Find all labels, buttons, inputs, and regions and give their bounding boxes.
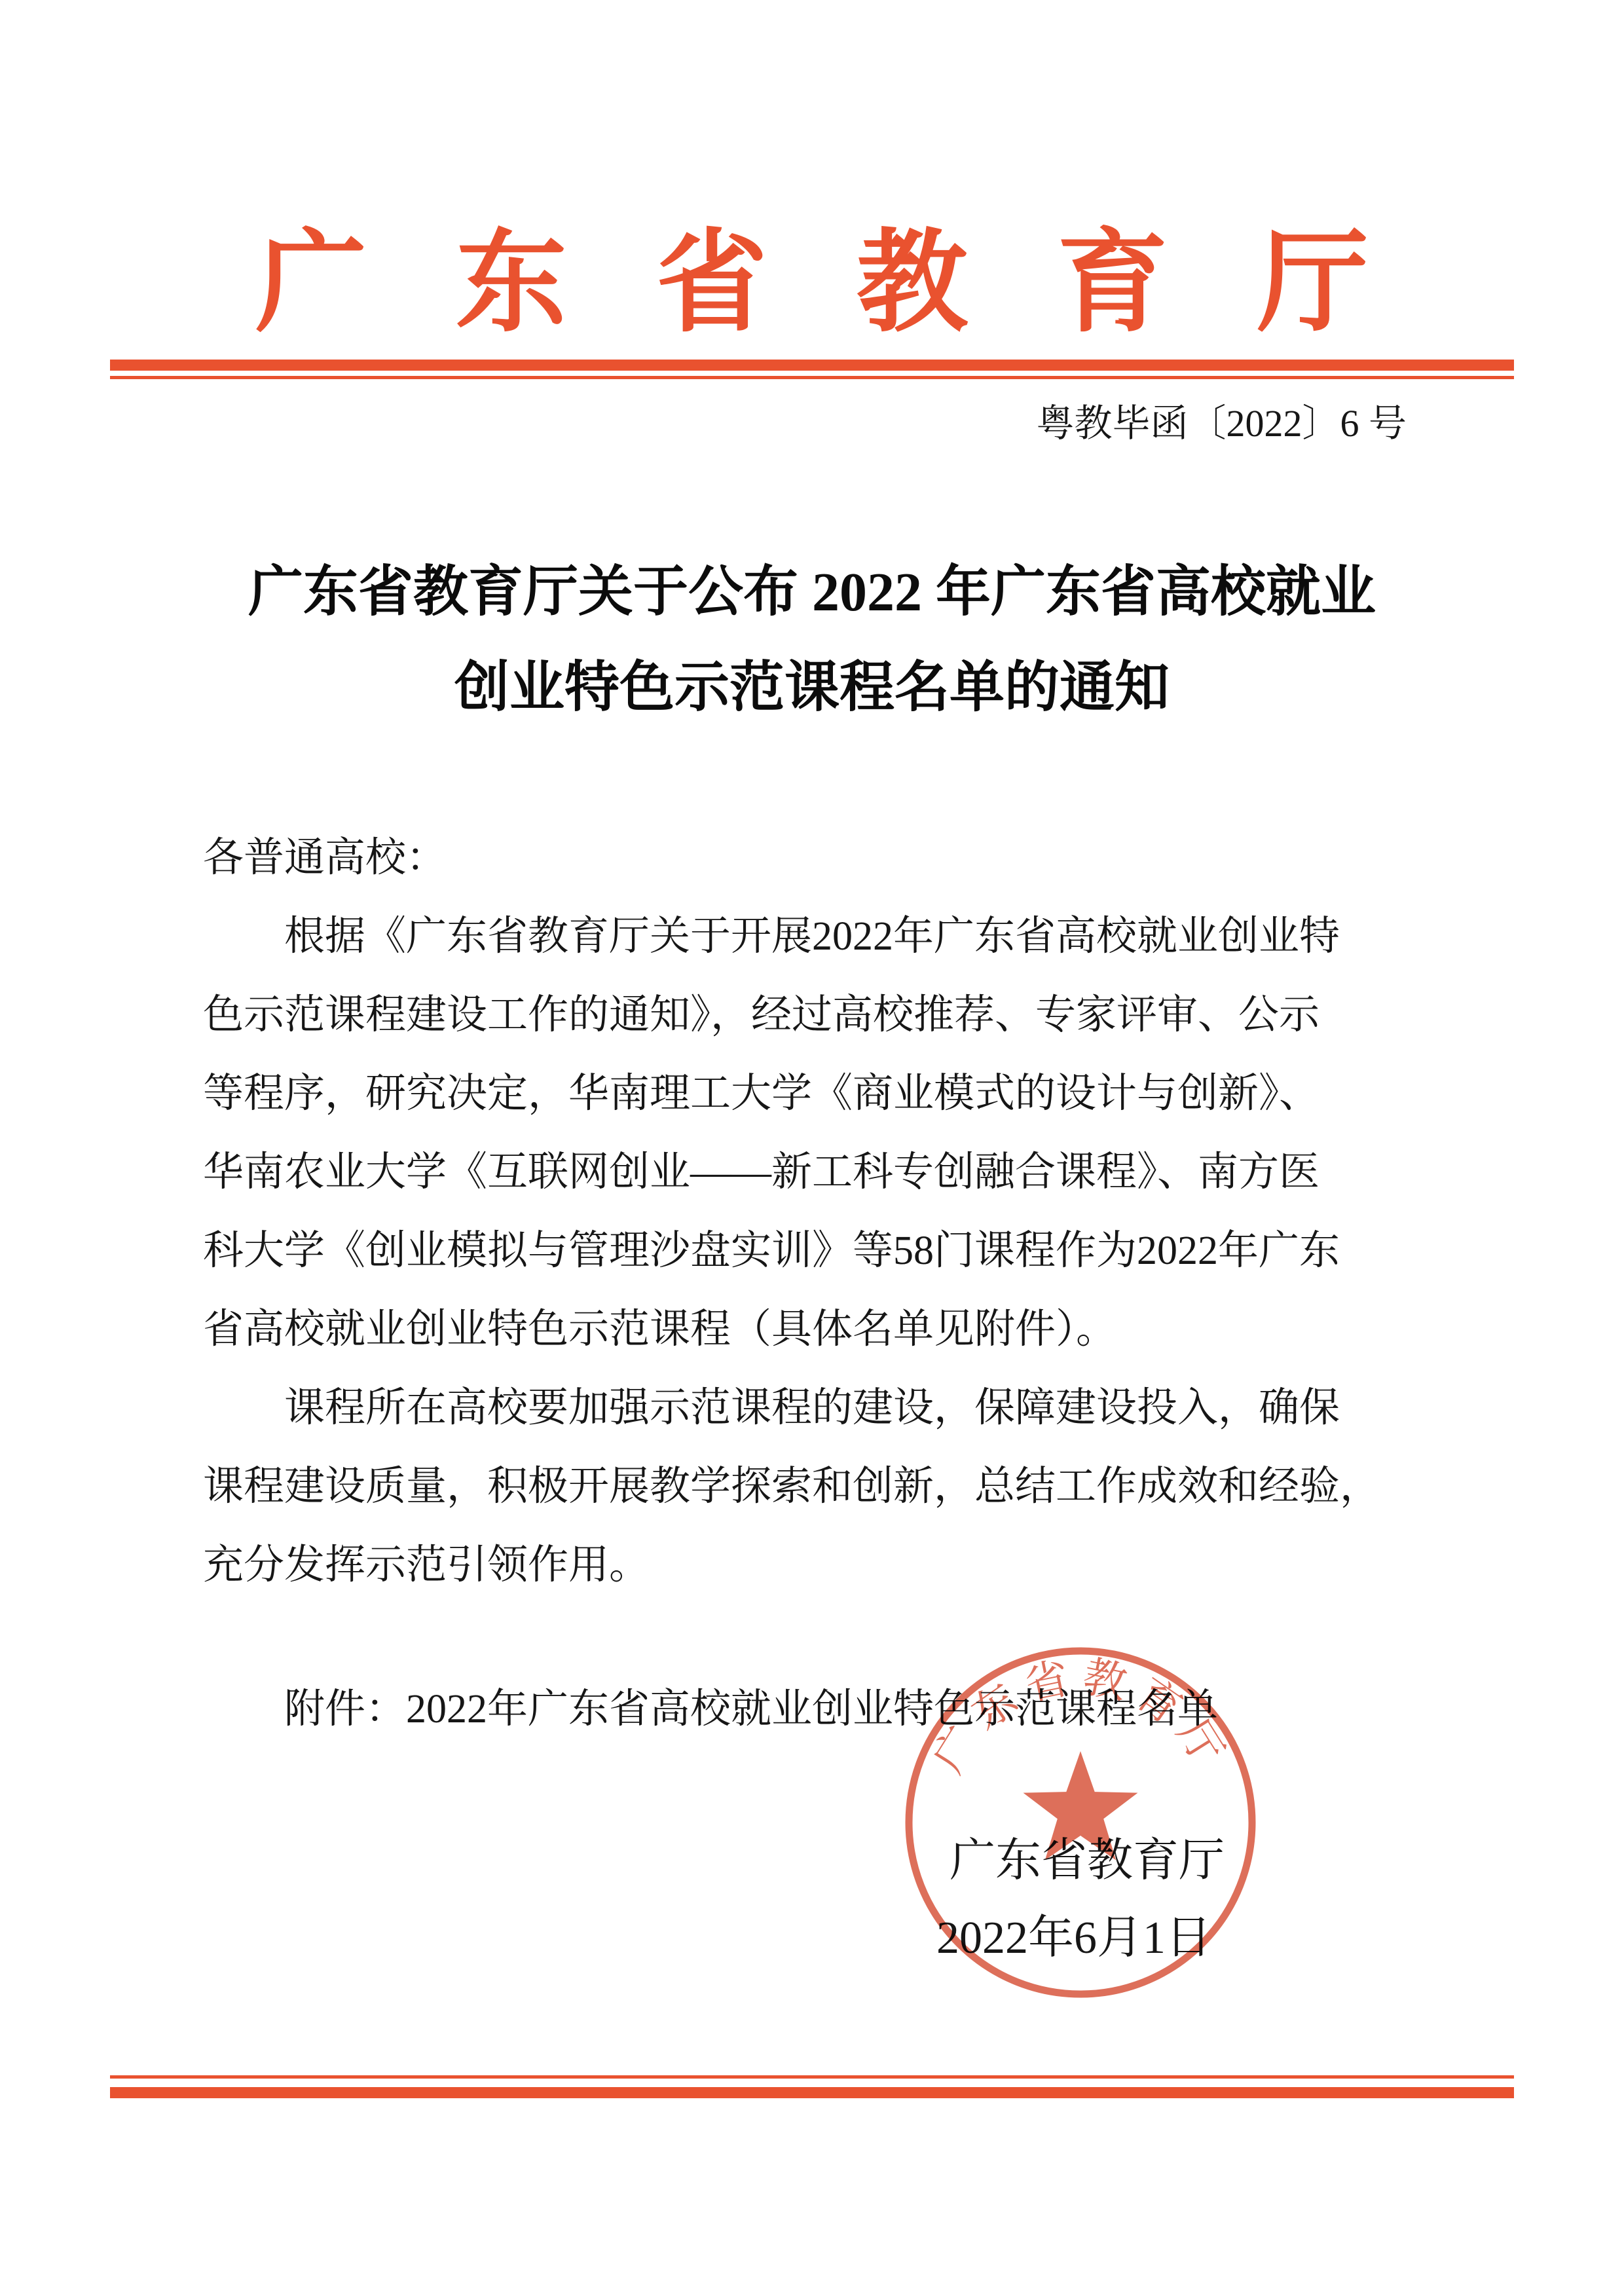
notice-title-line-1: 广东省教育厅关于公布 2022 年广东省高校就业 — [0, 545, 1624, 640]
salutation: 各普通高校： — [203, 819, 1421, 897]
footer-rule-thin — [110, 2075, 1514, 2079]
body-line: 华南农业大学《互联网创业——新工科专创融合课程》、南方医 — [203, 1133, 1421, 1212]
body-line: 省高校就业创业特色示范课程（具体名单见附件）。 — [203, 1290, 1421, 1369]
body-line: 课程建设质量，积极开展教学探索和创新，总结工作成效和经验， — [203, 1447, 1421, 1526]
doc-number: 粤教毕函〔2022〕6 号 — [1036, 401, 1407, 447]
body-line: 课程所在高校要加强示范课程的建设，保障建设投入，确保 — [203, 1369, 1421, 1447]
document-page: 广东省教育厅 粤教毕函〔2022〕6 号 广东省教育厅关于公布 2022 年广东… — [0, 0, 1624, 2296]
header-rule-thick — [110, 360, 1514, 371]
header-rule-thin — [110, 376, 1514, 379]
body-line: 科大学《创业模拟与管理沙盘实训》等58门课程作为2022年广东 — [203, 1212, 1421, 1290]
body-line: 色示范课程建设工作的通知》，经过高校推荐、专家评审、公示 — [203, 976, 1421, 1054]
footer-rule-thick — [110, 2087, 1514, 2098]
body-line: 充分发挥示范引领作用。 — [203, 1526, 1421, 1604]
notice-title-line-2: 创业特色示范课程名单的通知 — [0, 640, 1624, 736]
official-seal: 广东省教育厅 — [894, 1636, 1267, 2009]
body-line: 等程序，研究决定，华南理工大学《商业模式的设计与创新》、 — [203, 1054, 1421, 1133]
body-line: 根据《广东省教育厅关于开展2022年广东省高校就业创业特 — [203, 897, 1421, 976]
notice-title: 广东省教育厅关于公布 2022 年广东省高校就业 创业特色示范课程名单的通知 — [0, 545, 1624, 736]
seal-star — [1024, 1751, 1138, 1860]
agency-masthead: 广东省教育厅 — [0, 228, 1624, 339]
notice-body: 各普通高校： 根据《广东省教育厅关于开展2022年广东省高校就业创业特 色示范课… — [203, 819, 1421, 1604]
